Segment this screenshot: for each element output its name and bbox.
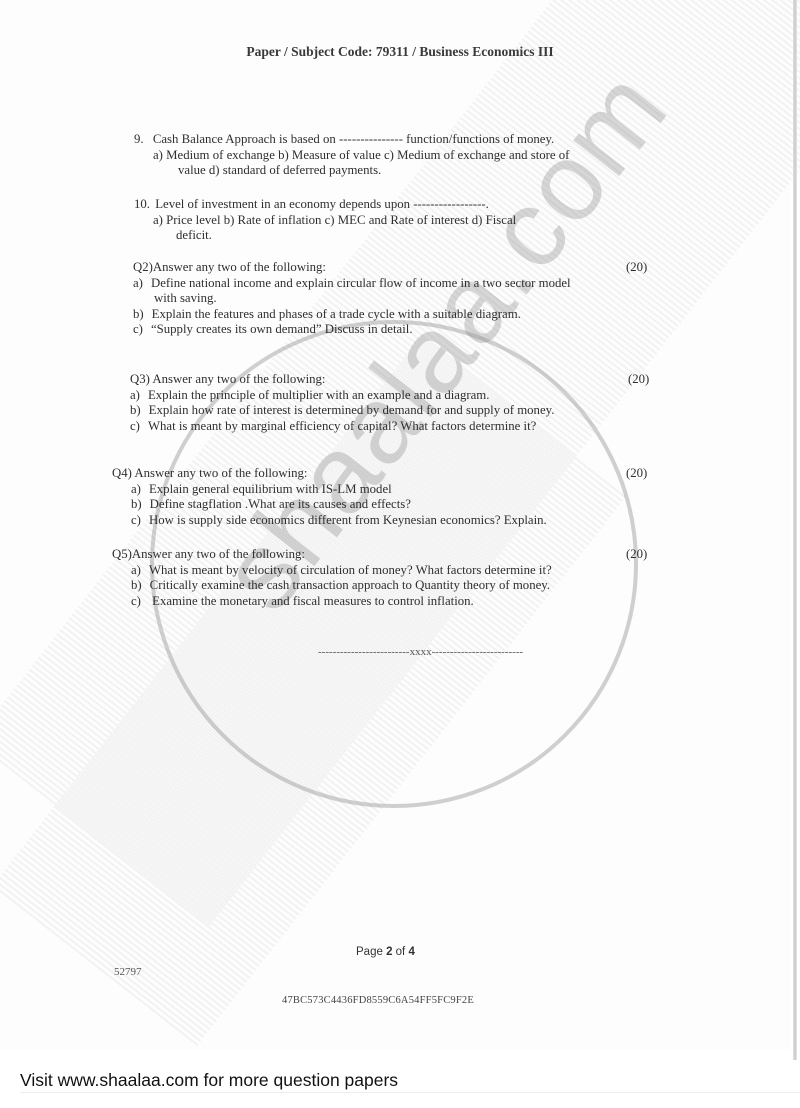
section-marks: (20) bbox=[626, 547, 647, 562]
item-label: b) bbox=[131, 497, 142, 511]
item-label: c) bbox=[130, 419, 140, 433]
exam-code: 52797 bbox=[114, 966, 142, 978]
section-marks: (20) bbox=[628, 372, 649, 387]
footer-divider bbox=[20, 1092, 800, 1093]
item-text: Critically examine the cash transaction … bbox=[150, 578, 550, 592]
item-text: Explain general equilibrium with IS-LM m… bbox=[149, 482, 392, 496]
item-label: a) bbox=[131, 482, 141, 496]
end-of-paper-marker: -------------------------xxxx-----------… bbox=[318, 646, 523, 658]
section-q2: Q2)Answer any two of the following: a)De… bbox=[133, 260, 571, 338]
options-line: value d) standard of deferred payments. bbox=[178, 163, 569, 179]
question-number: 9. bbox=[134, 132, 144, 146]
item-label: c) bbox=[131, 594, 141, 608]
question-text: Cash Balance Approach is based on ------… bbox=[153, 132, 554, 146]
item-text: How is supply side economics different f… bbox=[149, 513, 547, 527]
item-label: b) bbox=[131, 578, 142, 592]
item-text: Examine the monetary and fiscal measures… bbox=[149, 594, 474, 608]
options-line: a) Price level b) Rate of inflation c) M… bbox=[153, 213, 516, 229]
mcq-question-10: 10. Level of investment in an economy de… bbox=[134, 197, 516, 244]
item-label: b) bbox=[133, 307, 144, 321]
item-text: What is meant by marginal efficiency of … bbox=[148, 419, 536, 433]
item-label: a) bbox=[130, 388, 140, 402]
item-text: Explain how rate of interest is determin… bbox=[149, 403, 555, 417]
section-heading: Q5)Answer any two of the following: bbox=[112, 547, 552, 563]
mcq-question-9: 9. Cash Balance Approach is based on ---… bbox=[134, 132, 569, 179]
page-number-total: 4 bbox=[408, 946, 414, 958]
section-marks: (20) bbox=[626, 260, 647, 275]
section-marks: (20) bbox=[626, 466, 647, 481]
page-edge-shadow bbox=[793, 0, 797, 1060]
footer-banner[interactable]: Visit www.shaalaa.com for more question … bbox=[20, 1070, 398, 1091]
item-label: c) bbox=[133, 322, 143, 336]
item-text-continued: with saving. bbox=[154, 291, 571, 307]
options-line: a) Medium of exchange b) Measure of valu… bbox=[153, 148, 569, 164]
item-text: Explain the features and phases of a tra… bbox=[152, 307, 521, 321]
section-heading: Q2)Answer any two of the following: bbox=[133, 260, 571, 276]
page-number: Page 2 of 4 bbox=[356, 946, 415, 958]
item-label: c) bbox=[131, 513, 141, 527]
item-text: What is meant by velocity of circulation… bbox=[149, 563, 552, 577]
item-text: “Supply creates its own demand” Discuss … bbox=[151, 322, 413, 336]
item-text: Define stagflation .What are its causes … bbox=[150, 497, 411, 511]
section-q3: Q3) Answer any two of the following: a)E… bbox=[130, 372, 554, 434]
item-label: a) bbox=[133, 276, 143, 290]
hash-watermark-band-lower bbox=[0, 334, 628, 1046]
hash-code: 47BC573C4436FD8559C6A54FF5FC9F2E bbox=[282, 995, 474, 1006]
paper-header: Paper / Subject Code: 79311 / Business E… bbox=[0, 44, 800, 60]
item-text: Define national income and explain circu… bbox=[151, 276, 571, 290]
item-text: Explain the principle of multiplier with… bbox=[148, 388, 490, 402]
options-line: deficit. bbox=[176, 228, 516, 244]
section-q5: Q5)Answer any two of the following: a)Wh… bbox=[112, 547, 552, 609]
page-number-middle: of bbox=[392, 946, 408, 958]
question-text: Level of investment in an economy depend… bbox=[155, 197, 489, 211]
item-label: a) bbox=[131, 563, 141, 577]
question-paper-page: shaalaa.com Paper / Subject Code: 79311 … bbox=[0, 0, 790, 1050]
page-number-prefix: Page bbox=[356, 946, 386, 958]
section-heading: Q4) Answer any two of the following: bbox=[112, 466, 547, 482]
item-label: b) bbox=[130, 403, 141, 417]
question-number: 10. bbox=[134, 197, 150, 211]
section-heading: Q3) Answer any two of the following: bbox=[130, 372, 554, 388]
section-q4: Q4) Answer any two of the following: a)E… bbox=[112, 466, 547, 528]
